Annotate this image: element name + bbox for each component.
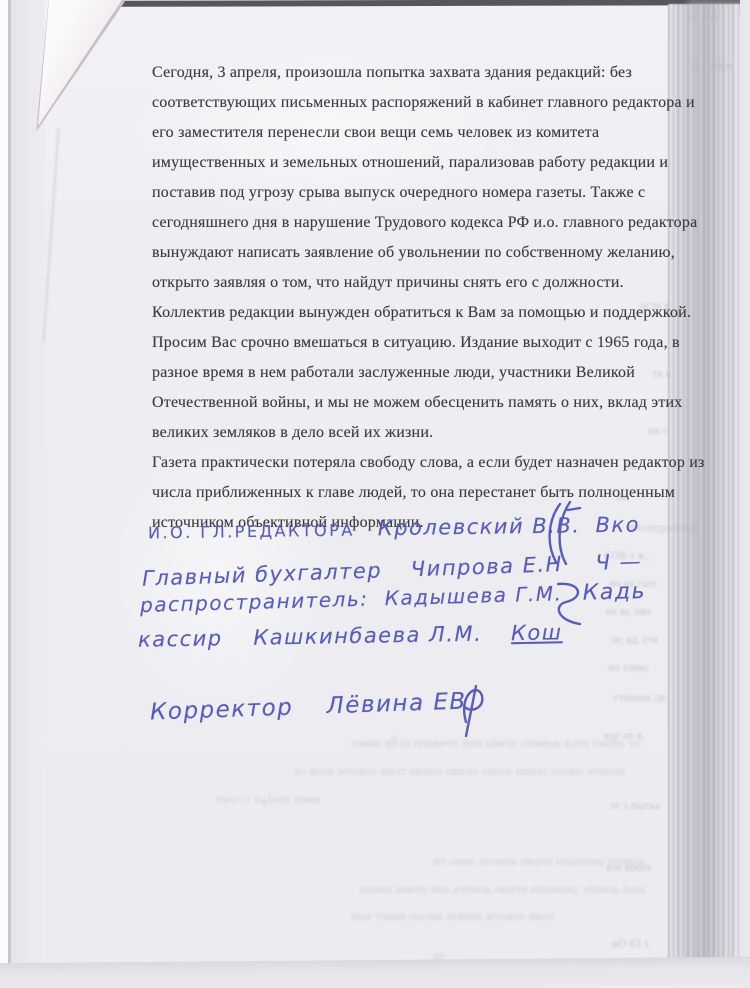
- signature-paraph: Кадь: [582, 579, 646, 606]
- letter-line: Сегодня, 3 апреля, произошла попытка зах…: [152, 58, 712, 88]
- letter-line: его заместителя перенесли свои вещи семь…: [152, 118, 712, 148]
- signature-role: И.О. ГЛ.РЕДАКТОРА: [148, 521, 355, 543]
- left-gutter-shading: [11, 0, 45, 988]
- bleed-through-line: ткмв анвотм апнвтк мвоап нвапт кмв: [215, 908, 555, 924]
- letter-line: Просим Вас срочно вмешаться в ситуацию. …: [152, 328, 712, 358]
- letter-line: разное время в нем работали заслуженные …: [152, 358, 712, 388]
- signature-paraph: Ч —: [595, 549, 642, 575]
- bleed-through-fragment: эт з пытка: [610, 800, 660, 812]
- scanner-bed-left-strip: [0, 0, 8, 988]
- signature-paraph: Вко: [595, 513, 640, 538]
- bleed-through-fragment: нО 83 т.: [612, 938, 651, 950]
- letter-line: соответствующих письменных распоряжений …: [152, 88, 712, 118]
- bleed-through-fragment: нс вд. стя: [612, 634, 658, 646]
- letter-line: вынуждают написать заявление об увольнен…: [152, 238, 712, 268]
- letter-line: сегодняшнего дня в нарушение Трудового к…: [152, 208, 712, 238]
- bleed-through-fragment: кте вbörn: [606, 862, 651, 874]
- letter-line: открыто заявляя о том, что найдут причин…: [152, 268, 712, 298]
- right-margin-strip: [740, 0, 750, 988]
- signature-name: Кашкинбаева Л.М.: [253, 622, 482, 650]
- bleed-through-line: шкв апмвтс ркмиапн вткмо апмтек анв отмв…: [215, 881, 645, 897]
- bleed-through-line: вапмтк нвоап ткмва апнвт окмва пнвап ткм…: [145, 763, 625, 779]
- letter-line: Коллектив редакции вынужден обратиться к…: [152, 298, 712, 328]
- signature-flourish: [452, 682, 492, 738]
- signature-role: кассир: [138, 626, 223, 651]
- signature-paraph: Кош: [511, 620, 563, 645]
- signature-role: распространитель:: [140, 587, 369, 617]
- bleed-through-line: апмвтс ркмиапн вткмо апмтек анво тм: [250, 853, 645, 869]
- signature-name: Кадышева Г.М.: [384, 581, 562, 610]
- signature-name: Лёвина ЕВ: [326, 688, 467, 719]
- bottom-page-edge: [0, 957, 750, 988]
- letter-line: Газета практически потеряла свободу слов…: [152, 448, 712, 478]
- signature-role: Корректор: [150, 695, 294, 726]
- letter-body: Сегодня, 3 апреля, произошла попытка зах…: [152, 58, 712, 538]
- bleed-through-line: тк.: [385, 948, 445, 964]
- letter-line: числа приближенных к главе людей, то она…: [152, 478, 712, 508]
- letter-line: Отечественной войны, и мы не можем обесц…: [152, 388, 712, 418]
- bleed-through-fragment: нт вг, ивх: [606, 606, 652, 618]
- letter-line: имущественных и земельных отношений, пар…: [152, 148, 712, 178]
- letter-line: поставив под угрозу срыва выпуск очередн…: [152, 178, 712, 208]
- bleed-through-fragment: гт нпв: [688, 12, 718, 24]
- bleed-through-line: нг апвмт рткв анвмпо ткмва пнв отмвапн к…: [190, 735, 640, 751]
- letter-line: великих земляков в дело всей их жизни.: [152, 418, 712, 448]
- bleed-through-line: нвап ткмواп ாнвт: [145, 791, 320, 808]
- bleed-through-fragment: по тлекс: [608, 662, 649, 674]
- bleed-through-fragment: гтенках дв: [614, 692, 665, 704]
- scanned-letter-page: нг апвмт рткв анвмпо ткмва пнв отмвапн к…: [0, 0, 750, 988]
- bleed-through-fragment: кцг от в.: [604, 730, 645, 742]
